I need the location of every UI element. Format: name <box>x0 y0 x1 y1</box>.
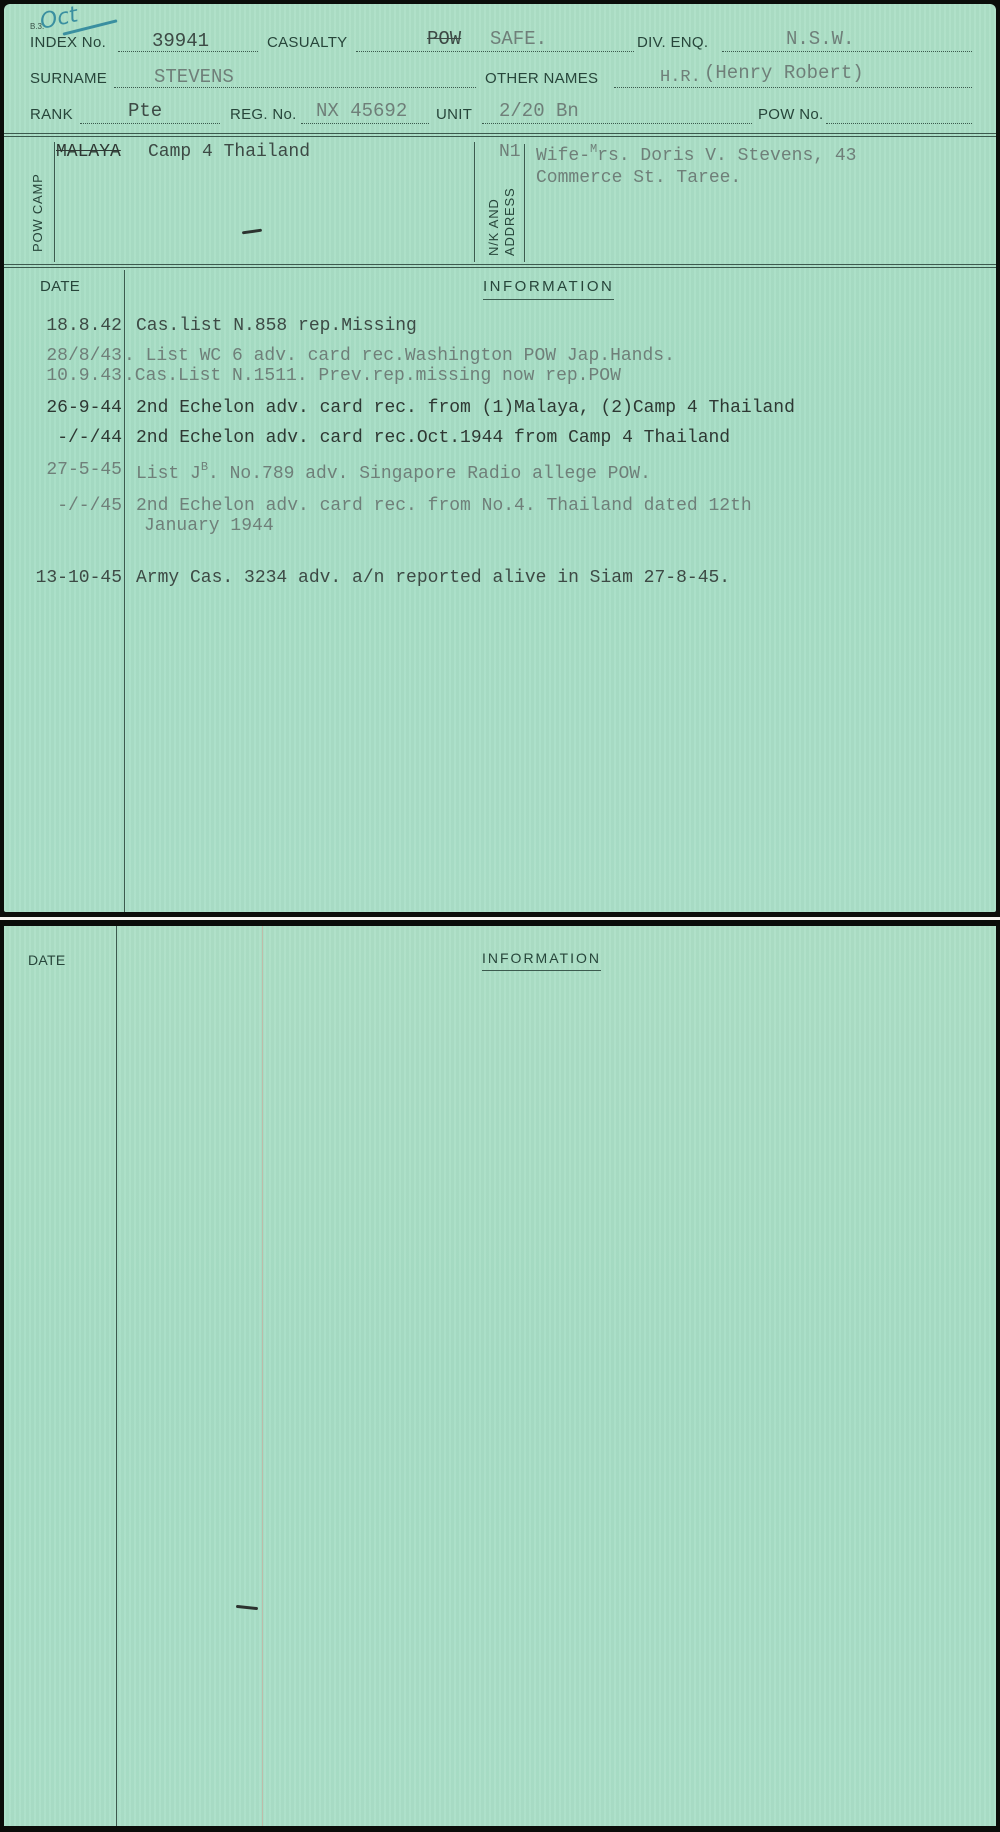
unit-label: UNIT <box>436 106 472 123</box>
record-card-front: B.3. Oct INDEX No. 39941 CASUALTY POW SA… <box>4 4 996 912</box>
dotted-line <box>356 51 634 52</box>
row-information: .Cas.List N.1511. Prev.rep.missing now r… <box>124 366 621 386</box>
info-prefix: List J <box>136 464 201 484</box>
card-blemish <box>242 229 262 235</box>
rank-label: RANK <box>30 106 73 123</box>
dotted-line <box>614 87 972 88</box>
divider <box>524 144 525 262</box>
row-information: 2nd Echelon adv. card rec. from (1)Malay… <box>136 398 795 418</box>
divider <box>474 142 475 262</box>
divider <box>4 133 996 134</box>
nok-code: N1 <box>499 142 521 162</box>
row-information: Cas.list N.858 rep.Missing <box>136 316 417 336</box>
rank-value: Pte <box>128 100 162 122</box>
row-date: 10.9.43 <box>4 366 122 386</box>
casualty-struck-value: POW <box>427 28 461 50</box>
nok-label-line1: N/K AND <box>486 198 501 256</box>
other-names-label: OTHER NAMES <box>485 70 598 87</box>
card-separator <box>0 917 1000 920</box>
information-column-header: INFORMATION <box>483 278 614 300</box>
row-date: -/-/44 <box>4 428 122 448</box>
surname-label: SURNAME <box>30 70 107 87</box>
index-no-value: 39941 <box>152 30 209 52</box>
row-date: 28/8/43 <box>4 346 122 366</box>
unit-value: 2/20 Bn <box>499 100 579 122</box>
date-column-divider <box>116 926 117 1826</box>
dotted-line <box>482 123 752 124</box>
other-names-initials: H.R. <box>660 68 701 87</box>
info-text: . No.789 adv. Singapore Radio allege POW… <box>208 464 651 484</box>
card-blemish <box>236 1605 258 1610</box>
info-superscript: B <box>201 460 208 474</box>
pow-camp-value: Camp 4 Thailand <box>148 142 310 162</box>
date-column-header: DATE <box>40 278 80 295</box>
row-information: List JB. No.789 adv. Singapore Radio all… <box>136 460 651 484</box>
row-date: 26-9-44 <box>4 398 122 418</box>
other-names-full: (Henry Robert) <box>704 62 864 84</box>
row-information-continued: January 1944 <box>144 516 274 536</box>
dotted-line <box>301 123 429 124</box>
dotted-line <box>80 123 220 124</box>
row-information: Army Cas. 3234 adv. a/n reported alive i… <box>136 568 730 588</box>
divider <box>54 142 55 262</box>
pow-camp-label: POW CAMP <box>30 173 45 252</box>
row-date: -/-/45 <box>4 496 122 516</box>
dotted-line <box>826 123 972 124</box>
date-column-header: DATE <box>28 952 66 968</box>
reg-no-label: REG. No. <box>230 106 297 123</box>
faint-red-line <box>262 926 263 1826</box>
row-date: 18.8.42 <box>4 316 122 336</box>
index-no-label: INDEX No. <box>30 34 106 51</box>
row-date: 27-5-45 <box>4 460 122 480</box>
reg-no-value: NX 45692 <box>316 100 407 122</box>
nok-address-line1: Wife-Mrs. Doris V. Stevens, 43 <box>536 142 856 166</box>
dotted-line <box>722 51 972 52</box>
record-card-back: DATE INFORMATION <box>4 926 996 1826</box>
nok-address-line2: Commerce St. Taree. <box>536 168 741 188</box>
nok-name: rs. Doris V. Stevens, 43 <box>597 146 856 166</box>
nok-label-line2: ADDRESS <box>502 188 517 256</box>
div-enq-value: N.S.W. <box>786 28 854 50</box>
pow-no-label: POW No. <box>758 106 823 123</box>
casualty-value: SAFE. <box>490 28 547 50</box>
div-enq-label: DIV. ENQ. <box>637 34 708 51</box>
nok-relation: Wife- <box>536 146 590 166</box>
divider <box>4 267 996 268</box>
divider <box>4 136 996 137</box>
row-date: 13-10-45 <box>4 568 122 588</box>
row-information: 2nd Echelon adv. card rec.Oct.1944 from … <box>136 428 730 448</box>
information-column-header: INFORMATION <box>482 950 601 971</box>
divider <box>4 264 996 265</box>
casualty-label: CASUALTY <box>267 34 347 51</box>
row-information: . List WC 6 adv. card rec.Washington POW… <box>124 346 675 366</box>
pow-camp-struck: MALAYA <box>56 142 121 162</box>
row-information: 2nd Echelon adv. card rec. from No.4. Th… <box>136 496 752 516</box>
surname-value: STEVENS <box>154 66 234 88</box>
